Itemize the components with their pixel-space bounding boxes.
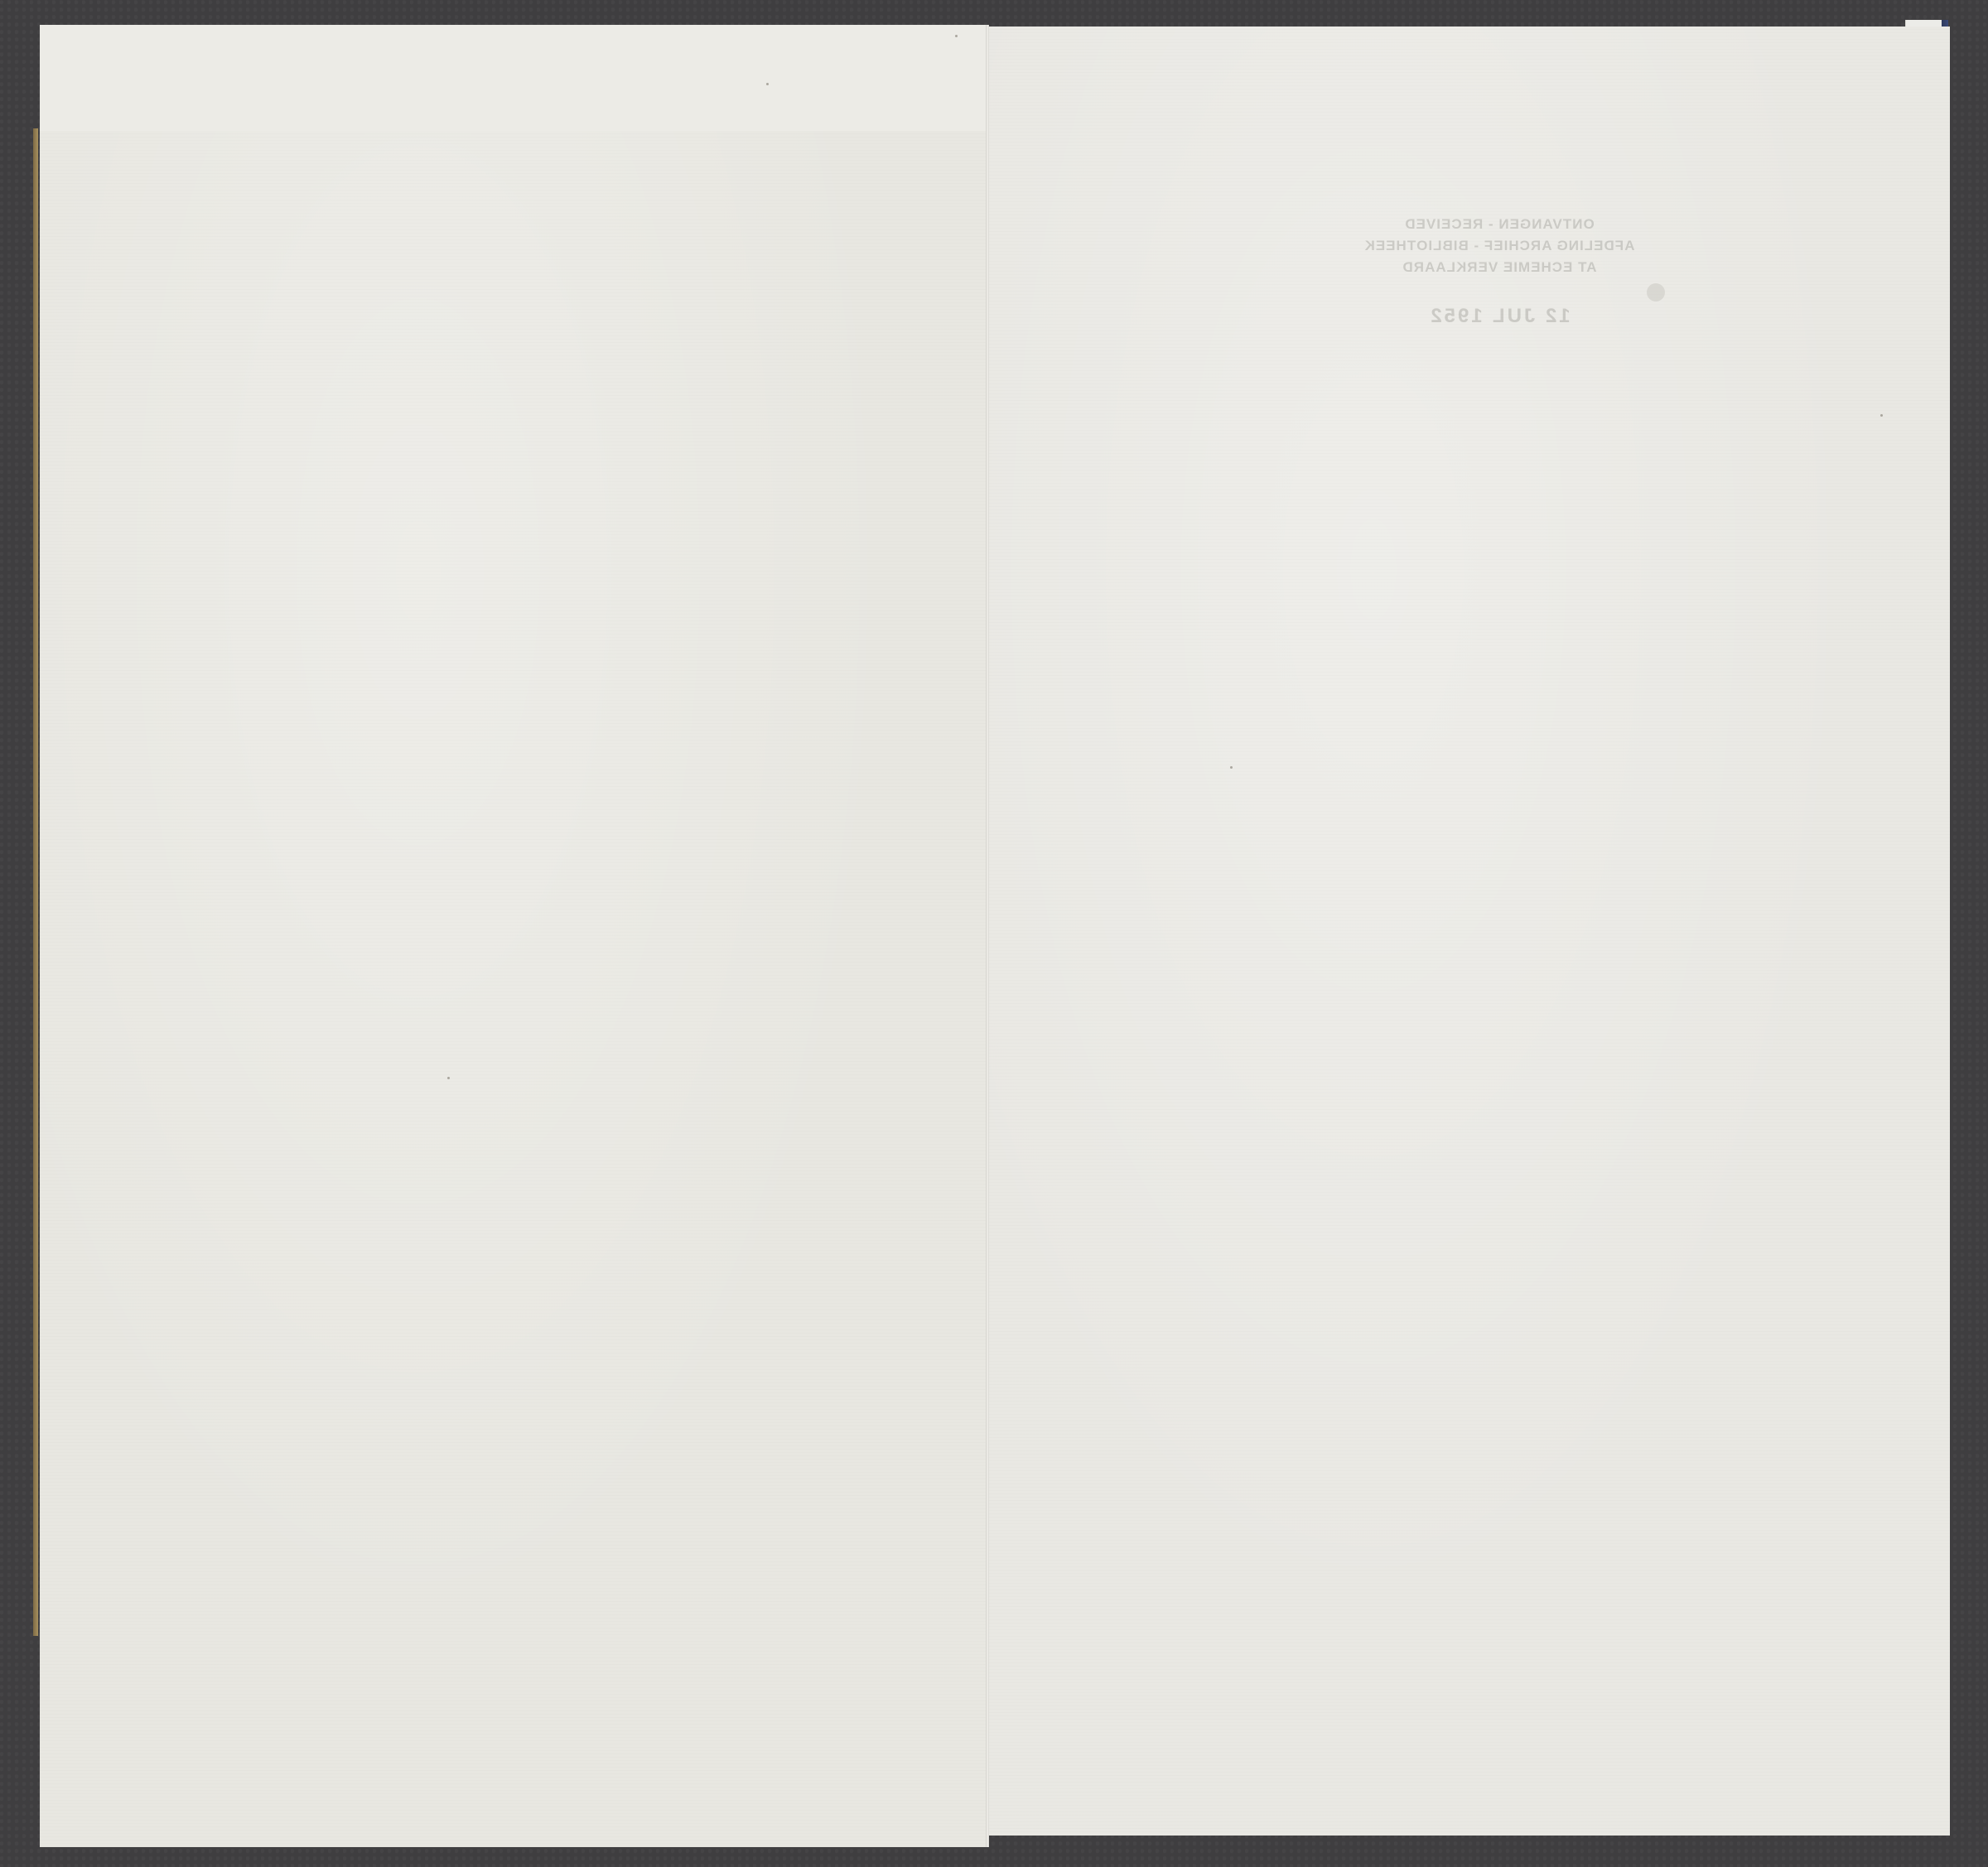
left-page-top-band	[40, 25, 986, 131]
mirrored-receipt-stamp: ONTVANGEN - RECEIVED AFDELING ARCHIEF - …	[1358, 214, 1640, 328]
paper-speck	[766, 83, 769, 85]
stamp-date: 12 JUL 1952	[1358, 305, 1640, 328]
stamp-line-3: AT ECHEMIE VERKLAARD	[1358, 257, 1640, 278]
stamp-line-1: ONTVANGEN - RECEIVED	[1358, 214, 1640, 235]
paper-speck	[447, 1077, 450, 1079]
paper-speck	[1880, 414, 1883, 417]
stamp-dot	[1647, 283, 1665, 302]
paper-speck	[1230, 766, 1233, 769]
cover-edge	[33, 128, 38, 1636]
stamp-line-2: AFDELING ARCHIEF - BIBLIOTHEEK	[1358, 235, 1640, 257]
left-page	[40, 25, 987, 1847]
paper-speck	[955, 35, 958, 37]
